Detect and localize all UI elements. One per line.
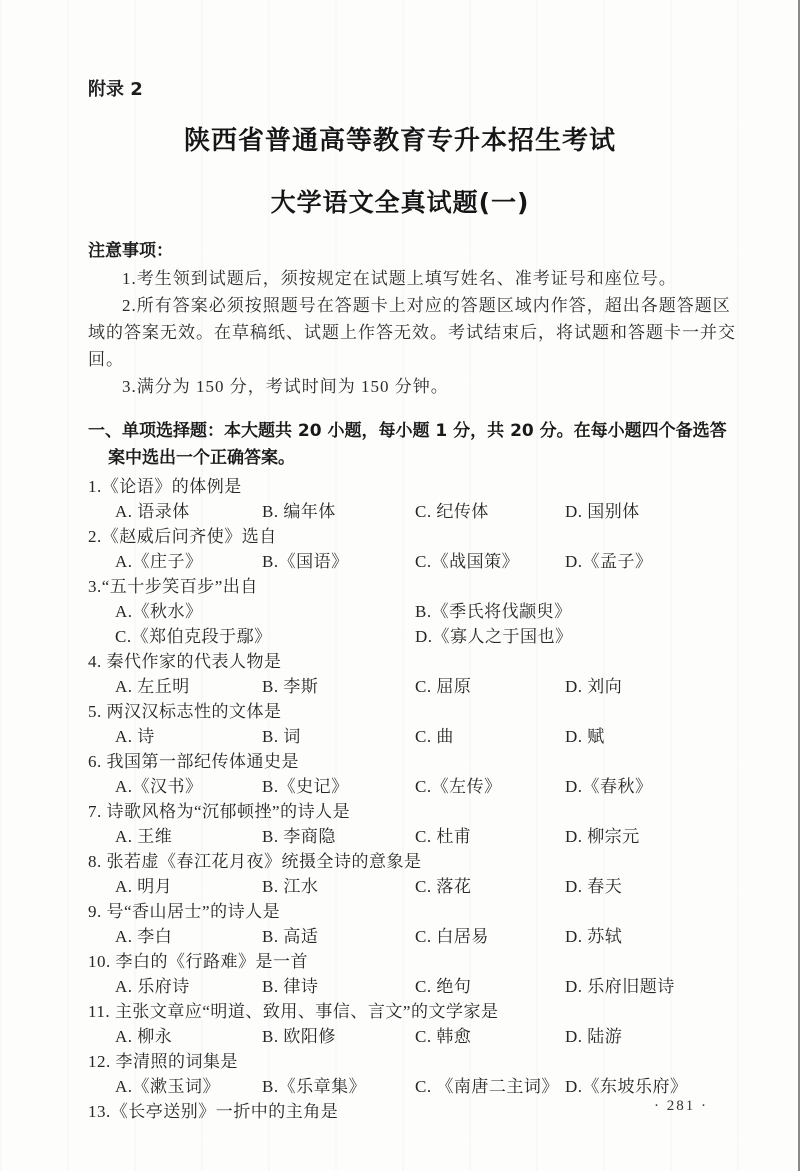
question-stem: 5. 两汉汉标志性的文体是	[88, 699, 743, 724]
question-10: 10. 李白的《行路难》是一首 A. 乐府诗 B. 律诗 C. 绝句 D. 乐府…	[88, 949, 743, 999]
option-c: C. 落花	[415, 874, 565, 899]
question-stem: 12. 李清照的词集是	[88, 1049, 743, 1074]
option-row: A.《漱玉词》 B.《乐章集》 C. 《南唐二主词》 D.《东坡乐府》	[115, 1074, 743, 1099]
option-c: C. 绝句	[415, 974, 565, 999]
option-a: A.《漱玉词》	[115, 1074, 262, 1099]
question-stem: 10. 李白的《行路难》是一首	[88, 949, 743, 974]
option-a: A. 语录体	[115, 499, 262, 524]
option-d: D. 乐府旧题诗	[565, 974, 743, 999]
option-row: A. 王维 B. 李商隐 C. 杜甫 D. 柳宗元	[115, 824, 743, 849]
option-a: A. 王维	[115, 824, 262, 849]
question-list: 1.《论语》的体例是 A. 语录体 B. 编年体 C. 纪传体 D. 国别体 2…	[88, 474, 743, 1124]
option-c: C. 《南唐二主词》	[415, 1074, 565, 1099]
option-c: C. 杜甫	[415, 824, 565, 849]
option-a: A. 乐府诗	[115, 974, 262, 999]
option-b: B. 李商隐	[262, 824, 415, 849]
option-b: B. 编年体	[262, 499, 415, 524]
option-b: B. 李斯	[262, 674, 415, 699]
section-1-heading: 一、单项选择题：本大题共 20 小题，每小题 1 分，共 20 分。在每小题四个…	[108, 418, 743, 472]
question-stem: 11. 主张文章应“明道、致用、事信、言文”的文学家是	[88, 999, 743, 1024]
option-b: B. 江水	[262, 874, 415, 899]
question-stem: 9. 号“香山居士”的诗人是	[88, 899, 743, 924]
option-b: B. 欧阳修	[262, 1024, 415, 1049]
page-number: · 281 ·	[654, 1098, 708, 1115]
option-d: D. 赋	[565, 724, 743, 749]
exam-title: 陕西省普通高等教育专升本招生考试	[0, 124, 800, 158]
option-b: B.《国语》	[262, 549, 415, 574]
question-11: 11. 主张文章应“明道、致用、事信、言文”的文学家是 A. 柳永 B. 欧阳修…	[88, 999, 743, 1049]
option-d: D. 苏轼	[565, 924, 743, 949]
option-row: A.《秋水》 B.《季氏将伐颛臾》 C.《郑伯克段于鄢》 D.《寡人之于国也》	[115, 599, 743, 649]
option-row: A. 语录体 B. 编年体 C. 纪传体 D. 国别体	[115, 499, 743, 524]
option-row: A. 左丘明 B. 李斯 C. 屈原 D. 刘向	[115, 674, 743, 699]
option-b: B.《史记》	[262, 774, 415, 799]
option-row: A. 李白 B. 高适 C. 白居易 D. 苏轼	[115, 924, 743, 949]
question-stem: 8. 张若虚《春江花月夜》统摄全诗的意象是	[88, 849, 743, 874]
notice-item-1: 1.考生领到试题后，须按规定在试题上填写姓名、准考证号和座位号。	[88, 265, 743, 292]
option-a: A. 诗	[115, 724, 262, 749]
question-stem: 4. 秦代作家的代表人物是	[88, 649, 743, 674]
option-row: A. 柳永 B. 欧阳修 C. 韩愈 D. 陆游	[115, 1024, 743, 1049]
notice-item-2: 2.所有答案必须按照题号在答题卡上对应的答题区域内作答，超出各题答题区域的答案无…	[88, 292, 743, 373]
notice-heading: 注意事项：	[88, 238, 743, 265]
option-row: A. 明月 B. 江水 C. 落花 D. 春天	[115, 874, 743, 899]
option-d: D. 刘向	[565, 674, 743, 699]
option-a: A. 李白	[115, 924, 262, 949]
question-6: 6. 我国第一部纪传体通史是 A.《汉书》 B.《史记》 C.《左传》 D.《春…	[88, 749, 743, 799]
option-d: D.《春秋》	[565, 774, 743, 799]
question-stem: 2.《赵威后问齐使》选自	[88, 524, 743, 549]
question-12: 12. 李清照的词集是 A.《漱玉词》 B.《乐章集》 C. 《南唐二主词》 D…	[88, 1049, 743, 1099]
option-b: B.《乐章集》	[262, 1074, 415, 1099]
option-b: B. 律诗	[262, 974, 415, 999]
question-3: 3.“五十步笑百步”出自 A.《秋水》 B.《季氏将伐颛臾》 C.《郑伯克段于鄢…	[88, 574, 743, 649]
notice-section: 注意事项： 1.考生领到试题后，须按规定在试题上填写姓名、准考证号和座位号。 2…	[88, 238, 743, 400]
option-c: C.《战国策》	[415, 549, 565, 574]
option-d: D. 陆游	[565, 1024, 743, 1049]
option-c: C. 纪传体	[415, 499, 565, 524]
option-row: A.《汉书》 B.《史记》 C.《左传》 D.《春秋》	[115, 774, 743, 799]
option-c: C. 曲	[415, 724, 565, 749]
option-d: D. 国别体	[565, 499, 743, 524]
question-stem: 7. 诗歌风格为“沉郁顿挫”的诗人是	[88, 799, 743, 824]
option-d: D.《东坡乐府》	[565, 1074, 743, 1099]
exam-paper-page: 附录 2 陕西省普通高等教育专升本招生考试 大学语文全真试题(一) 注意事项： …	[0, 0, 800, 1171]
question-stem: 1.《论语》的体例是	[88, 474, 743, 499]
question-13: 13.《长亭送别》一折中的主角是	[88, 1099, 743, 1124]
option-b: B.《季氏将伐颛臾》	[415, 599, 743, 624]
paper-title: 大学语文全真试题(一)	[0, 186, 800, 220]
question-7: 7. 诗歌风格为“沉郁顿挫”的诗人是 A. 王维 B. 李商隐 C. 杜甫 D.…	[88, 799, 743, 849]
option-row: A. 乐府诗 B. 律诗 C. 绝句 D. 乐府旧题诗	[115, 974, 743, 999]
option-c: C.《左传》	[415, 774, 565, 799]
option-d: D.《孟子》	[565, 549, 743, 574]
option-a: A.《庄子》	[115, 549, 262, 574]
question-8: 8. 张若虚《春江花月夜》统摄全诗的意象是 A. 明月 B. 江水 C. 落花 …	[88, 849, 743, 899]
option-d: D. 柳宗元	[565, 824, 743, 849]
option-a: A. 明月	[115, 874, 262, 899]
option-c: C. 白居易	[415, 924, 565, 949]
question-stem: 3.“五十步笑百步”出自	[88, 574, 743, 599]
question-4: 4. 秦代作家的代表人物是 A. 左丘明 B. 李斯 C. 屈原 D. 刘向	[88, 649, 743, 699]
question-2: 2.《赵威后问齐使》选自 A.《庄子》 B.《国语》 C.《战国策》 D.《孟子…	[88, 524, 743, 574]
question-9: 9. 号“香山居士”的诗人是 A. 李白 B. 高适 C. 白居易 D. 苏轼	[88, 899, 743, 949]
option-d: D.《寡人之于国也》	[415, 624, 743, 649]
option-c: C.《郑伯克段于鄢》	[115, 624, 415, 649]
option-a: A.《秋水》	[115, 599, 415, 624]
option-c: C. 屈原	[415, 674, 565, 699]
option-b: B. 高适	[262, 924, 415, 949]
title-block: 陕西省普通高等教育专升本招生考试 大学语文全真试题(一)	[0, 124, 800, 220]
option-row: A. 诗 B. 词 C. 曲 D. 赋	[115, 724, 743, 749]
notice-item-3: 3.满分为 150 分，考试时间为 150 分钟。	[88, 373, 743, 400]
appendix-label: 附录 2	[88, 80, 743, 100]
option-a: A. 柳永	[115, 1024, 262, 1049]
question-5: 5. 两汉汉标志性的文体是 A. 诗 B. 词 C. 曲 D. 赋	[88, 699, 743, 749]
option-c: C. 韩愈	[415, 1024, 565, 1049]
option-d: D. 春天	[565, 874, 743, 899]
option-a: A. 左丘明	[115, 674, 262, 699]
question-stem: 13.《长亭送别》一折中的主角是	[88, 1099, 743, 1124]
option-b: B. 词	[262, 724, 415, 749]
option-row: A.《庄子》 B.《国语》 C.《战国策》 D.《孟子》	[115, 549, 743, 574]
question-stem: 6. 我国第一部纪传体通史是	[88, 749, 743, 774]
question-1: 1.《论语》的体例是 A. 语录体 B. 编年体 C. 纪传体 D. 国别体	[88, 474, 743, 524]
option-a: A.《汉书》	[115, 774, 262, 799]
